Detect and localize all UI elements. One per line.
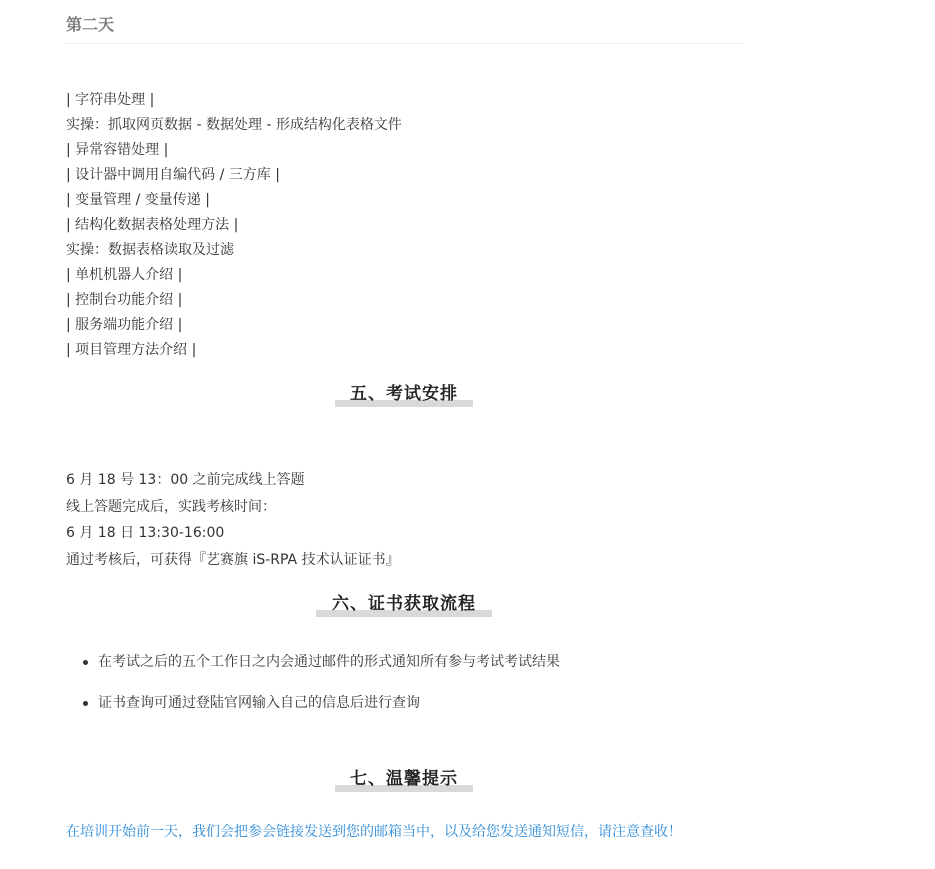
section-title-exam: 五、考试安排 bbox=[335, 383, 473, 405]
exam-line-practice-intro: 线上答题完成后，实践考核时间： bbox=[66, 494, 400, 521]
schedule-item: | 项目管理方法介绍 | bbox=[66, 338, 402, 363]
schedule-practice: 实操：抓取网页数据 - 数据处理 - 形成结构化表格文件 bbox=[66, 113, 402, 138]
exam-line-practice-time: 6 月 18 日 13:30-16:00 bbox=[66, 520, 400, 547]
certificate-steps-list: 在考试之后的五个工作日之内会通过邮件的形式通知所有参与考试考试结果 证书查询可通… bbox=[66, 650, 560, 732]
exam-line-online-deadline: 6 月 18 号 13：00 之前完成线上答题 bbox=[66, 467, 400, 494]
day-schedule-list: | 字符串处理 | 实操：抓取网页数据 - 数据处理 - 形成结构化表格文件 |… bbox=[66, 88, 402, 363]
bullet-icon bbox=[83, 701, 88, 706]
section-title-tips: 七、温馨提示 bbox=[335, 768, 473, 790]
day-heading: 第二天 bbox=[66, 14, 114, 36]
exam-line-certificate: 通过考核后，可获得『艺赛旗 iS-RPA 技术认证证书』 bbox=[66, 547, 400, 574]
schedule-item: | 变量管理 / 变量传递 | bbox=[66, 188, 402, 213]
schedule-practice: 实操：数据表格读取及过滤 bbox=[66, 238, 402, 263]
exam-schedule: 6 月 18 号 13：00 之前完成线上答题 线上答题完成后，实践考核时间： … bbox=[66, 467, 400, 573]
reminder-notice: 在培训开始前一天，我们会把参会链接发送到您的邮箱当中，以及给您发送通知短信，请注… bbox=[66, 820, 736, 845]
heading-divider bbox=[66, 43, 744, 44]
list-item: 证书查询可通过登陆官网输入自己的信息后进行查询 bbox=[66, 691, 560, 715]
list-item: 在考试之后的五个工作日之内会通过邮件的形式通知所有参与考试考试结果 bbox=[66, 650, 560, 674]
schedule-item: | 结构化数据表格处理方法 | bbox=[66, 213, 402, 238]
schedule-item: | 设计器中调用自编代码 / 三方库 | bbox=[66, 163, 402, 188]
schedule-item: | 字符串处理 | bbox=[66, 88, 402, 113]
bullet-icon bbox=[83, 660, 88, 665]
schedule-item: | 异常容错处理 | bbox=[66, 138, 402, 163]
schedule-item: | 服务端功能介绍 | bbox=[66, 313, 402, 338]
section-title-certificate: 六、证书获取流程 bbox=[316, 593, 492, 615]
schedule-item: | 控制台功能介绍 | bbox=[66, 288, 402, 313]
schedule-item: | 单机机器人介绍 | bbox=[66, 263, 402, 288]
